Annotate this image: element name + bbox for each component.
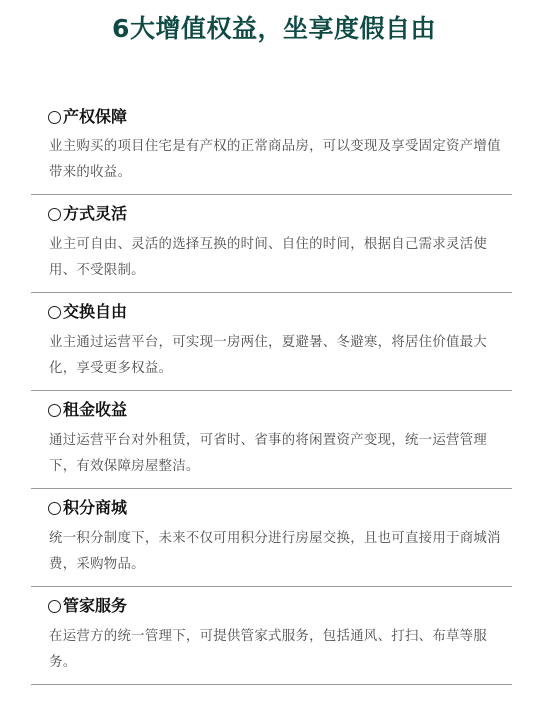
circle-icon (48, 404, 61, 417)
benefit-item-butler-service: 管家服务 在运营方的统一管理下，可提供管家式服务，包括通风、打扫、布草等服务。 (31, 587, 512, 685)
circle-icon (48, 208, 61, 221)
benefit-heading: 方式灵活 (48, 203, 127, 225)
benefit-heading-text: 管家服务 (63, 595, 127, 617)
benefit-list: 产权保障 业主购买的项目住宅是有产权的正常商品房，可以变现及享受固定资产增值带来… (31, 97, 512, 685)
benefit-heading-text: 积分商城 (63, 497, 127, 519)
benefit-item-points-mall: 积分商城 统一积分制度下，未来不仅可用积分进行房屋交换，且也可直接用于商城消费，… (31, 489, 512, 587)
benefit-description: 业主可自由、灵活的选择互换的时间、自住的时间，根据自己需求灵活使用、不受限制。 (49, 232, 509, 284)
benefit-description: 统一积分制度下，未来不仅可用积分进行房屋交换，且也可直接用于商城消费，采购物品。 (49, 526, 509, 578)
benefit-item-exchange-freedom: 交换自由 业主通过运营平台，可实现一房两住，夏避暑、冬避寒，将居住价值最大化，享… (31, 293, 512, 391)
circle-icon (48, 306, 61, 319)
circle-icon (48, 111, 61, 124)
benefit-description: 业主购买的项目住宅是有产权的正常商品房，可以变现及享受固定资产增值带来的收益。 (49, 134, 509, 186)
benefit-heading: 产权保障 (48, 106, 127, 128)
benefit-item-flexible-mode: 方式灵活 业主可自由、灵活的选择互换的时间、自住的时间，根据自己需求灵活使用、不… (31, 195, 512, 293)
benefit-heading-text: 租金收益 (63, 399, 127, 421)
benefit-description: 通过运营平台对外租赁，可省时、省事的将闲置资产变现，统一运营管理下，有效保障房屋… (49, 428, 509, 480)
benefit-heading-text: 交换自由 (63, 301, 127, 323)
benefit-description: 在运营方的统一管理下，可提供管家式服务，包括通风、打扫、布草等服务。 (49, 624, 509, 676)
benefit-description: 业主通过运营平台，可实现一房两住，夏避暑、冬避寒，将居住价值最大化，享受更多权益… (49, 330, 509, 382)
benefit-heading: 租金收益 (48, 399, 127, 421)
circle-icon (48, 502, 61, 515)
benefit-item-property-rights: 产权保障 业主购买的项目住宅是有产权的正常商品房，可以变现及享受固定资产增值带来… (31, 97, 512, 195)
circle-icon (48, 600, 61, 613)
benefit-heading: 管家服务 (48, 595, 127, 617)
page-title: 6大增值权益，坐享度假自由 (0, 12, 548, 46)
benefit-heading: 交换自由 (48, 301, 127, 323)
benefit-item-rental-income: 租金收益 通过运营平台对外租赁，可省时、省事的将闲置资产变现，统一运营管理下，有… (31, 391, 512, 489)
benefit-heading-text: 产权保障 (63, 106, 127, 128)
benefit-heading-text: 方式灵活 (63, 203, 127, 225)
benefit-heading: 积分商城 (48, 497, 127, 519)
